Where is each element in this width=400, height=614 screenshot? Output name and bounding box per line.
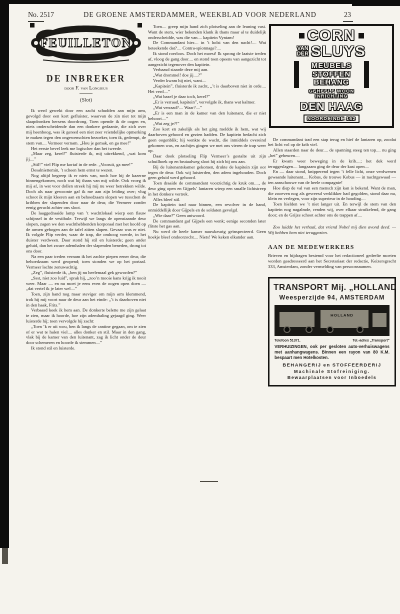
story-paragraph: Verbaasd keek ik hem aan. De donkerte be…: [26, 308, 146, 324]
scan-edge-left-tail: [2, 548, 8, 564]
corn-ad-der: DER: [297, 52, 309, 58]
van-silhouette: [373, 313, 387, 327]
story-paragraph: De kapitein trad naar binnen, een revolv…: [148, 202, 266, 213]
story-paragraph: Daar dook plotseling Flip Vermeer’s gest…: [148, 154, 266, 165]
corn-ad-square-left: [299, 33, 305, 39]
transport-holland-ad: TRANSPORT Mij. „HOLLAND”, Weesperzijde 9…: [268, 277, 396, 386]
story-paragraph: „Maar zeg, kerel!” fluisterde ik, mij ui…: [26, 151, 146, 162]
transport-ad-cleaning: Machinale Stofreiniging.: [274, 369, 391, 374]
corn-ad-city: DEN HAAG: [273, 101, 390, 113]
feuilleton-banner-text: FEUILLETON: [40, 36, 132, 50]
story-paragraph: Toen, zijn hand nog maar steviger om mij…: [26, 292, 146, 308]
issue-number: No. 2517: [28, 11, 54, 19]
story-paragraph: Bij de luitenantskamer gekomen, drukte d…: [148, 164, 266, 180]
story-paragraph: De commandant gaf Gijpels een wenk; eeni…: [148, 218, 266, 229]
story-paragraph: En — daar stond, knipperend tegen ’t fel…: [268, 169, 396, 185]
moving-vans-photo: HOLLAND: [275, 305, 390, 336]
story-paragraph: „Kapitein”, fluisterde ik zacht, „’t is …: [148, 83, 266, 94]
van-wheel: [284, 326, 291, 333]
story-paragraph: Nu werd de heele kamer nauwkeurig geïnsp…: [148, 229, 266, 240]
story-paragraph: Toen draaide de commandant voorzichtig d…: [148, 181, 266, 197]
column-middle: Toen.... greep mijn hand zich plotseling…: [148, 24, 266, 476]
transport-ad-address: Weesperzijde 94, AMSTERDAM: [274, 294, 391, 301]
van-wheel: [327, 326, 334, 333]
story-paragraph: Zoo kort en zakelijk als het ging meldde…: [148, 127, 266, 154]
corn-ad-item: BEHANG: [299, 79, 364, 87]
story-byline: door F. van Longieus: [26, 86, 146, 92]
column-end-rule: [200, 481, 218, 482]
story-paragraph: Ik stond stil en luisterde.: [26, 346, 146, 351]
story-closing: Zoo luidde het verhaal, dat vriend Nobel…: [268, 225, 396, 236]
story-column-3: De commandant trad een stap terug en hie…: [268, 137, 396, 218]
corn-ad-street: NOORDEINDE 162: [303, 114, 359, 123]
corn-ad-name: CORN: [307, 28, 355, 43]
story-paragraph: De laaggedraaide lamp van ’t wachtlokaal…: [26, 211, 146, 254]
page-number-rule: [343, 21, 353, 22]
story-paragraph: „Er is een man in de kamer van den luite…: [148, 110, 266, 121]
scan-edge-left: [0, 0, 9, 548]
transport-ad-phone: Telefoon 51371.: [275, 339, 301, 343]
transport-ad-telegram-address: Tel.-adres „Transport”: [353, 339, 390, 343]
page-number: 23: [344, 11, 351, 19]
story-paragraph: Nog altijd begreep ik er niets van, noch…: [26, 173, 146, 211]
contributors-notice-body: Brieven en bijdragen bestemd voor het re…: [268, 253, 396, 269]
story-paragraph: De commandant trad een stap terug en hie…: [268, 137, 396, 148]
story-column-1: Ik werd gewekt door een zacht schudden a…: [26, 108, 146, 351]
story-part-label: (Slot): [26, 98, 146, 104]
story-paragraph: Allen staarden naar de deur.... de spann…: [268, 148, 396, 159]
corn-ad-sluys: SLUYS: [311, 44, 366, 59]
corn-ad-sub2: INRICHTING: [273, 94, 390, 99]
feuilleton-banner-ornament: FEUILLETON: [26, 22, 146, 65]
masthead: DE GROENE AMSTERDAMMER, WEEKBLAD VOOR NE…: [70, 11, 330, 19]
story-column-2: Toen.... greep mijn hand zich plotseling…: [148, 24, 266, 240]
corn-ad-square-right: [359, 33, 365, 39]
scan-edge-top: [0, 0, 400, 4]
story-paragraph: De Commandant hier.... in ’t holst van d…: [148, 40, 266, 51]
corn-van-der-sluys-ad: CORN VAN DER SLUYS MEUBELSSTOFFENBEHANG …: [269, 24, 394, 128]
story-paragraph: Na een paar treden vernam ik het zachte …: [26, 254, 146, 270]
story-paragraph: „Ssst, niet zoo luid”, sprak hij, „zoo’n…: [26, 275, 146, 291]
van-wheel: [306, 326, 313, 333]
story-paragraph: Ik werd gewekt door een zacht schudden a…: [26, 108, 146, 146]
corn-ad-item: MEUBELS: [299, 62, 364, 70]
corn-ad-items: MEUBELSSTOFFENBEHANG: [294, 61, 369, 88]
contributors-notice-heading: AAN DE MEDEWERKERS: [268, 244, 396, 252]
story-paragraph: „Toen ’k er uit wou, ben ik langs de can…: [26, 324, 146, 346]
story-title: DE INBREKER: [26, 74, 146, 85]
story-paragraph: Hoe diep de val van een mensch zijn kan …: [268, 185, 396, 201]
story-paragraph: Toen.... greep mijn hand zich plotseling…: [148, 24, 266, 40]
transport-ad-body: VERHUIZINGEN, ook per gesloten auto-verh…: [275, 344, 390, 360]
transport-ad-title: TRANSPORT Mij. „HOLLAND”,: [274, 283, 391, 293]
transport-ad-services: BEHANGERIJ en STOFFEERDERIJ: [274, 363, 391, 369]
van-lettering: HOLLAND: [331, 313, 354, 318]
van-silhouette: [280, 312, 315, 327]
byline-rule: [80, 93, 93, 94]
story-paragraph: Er kwam weer beweging in de krib....; he…: [268, 158, 396, 169]
transport-ad-storage: Bewaarplaatsen voor Inboedels: [274, 375, 391, 380]
column-right: CORN VAN DER SLUYS MEUBELSSTOFFENBEHANG …: [268, 24, 396, 486]
story-paragraph: Toen hielden we ’t niet langer uit. En t…: [268, 202, 396, 218]
van-wheel: [357, 326, 364, 333]
scan-edge-top-right: [352, 0, 400, 6]
newspaper-page: No. 2517 DE GROENE AMSTERDAMMER, WEEKBLA…: [0, 0, 400, 614]
story-paragraph: Ik stond roerloos. Doch het moest! Ik sp…: [148, 51, 266, 67]
column-left: FEUILLETON DE INBREKER door F. van Longi…: [26, 22, 146, 474]
